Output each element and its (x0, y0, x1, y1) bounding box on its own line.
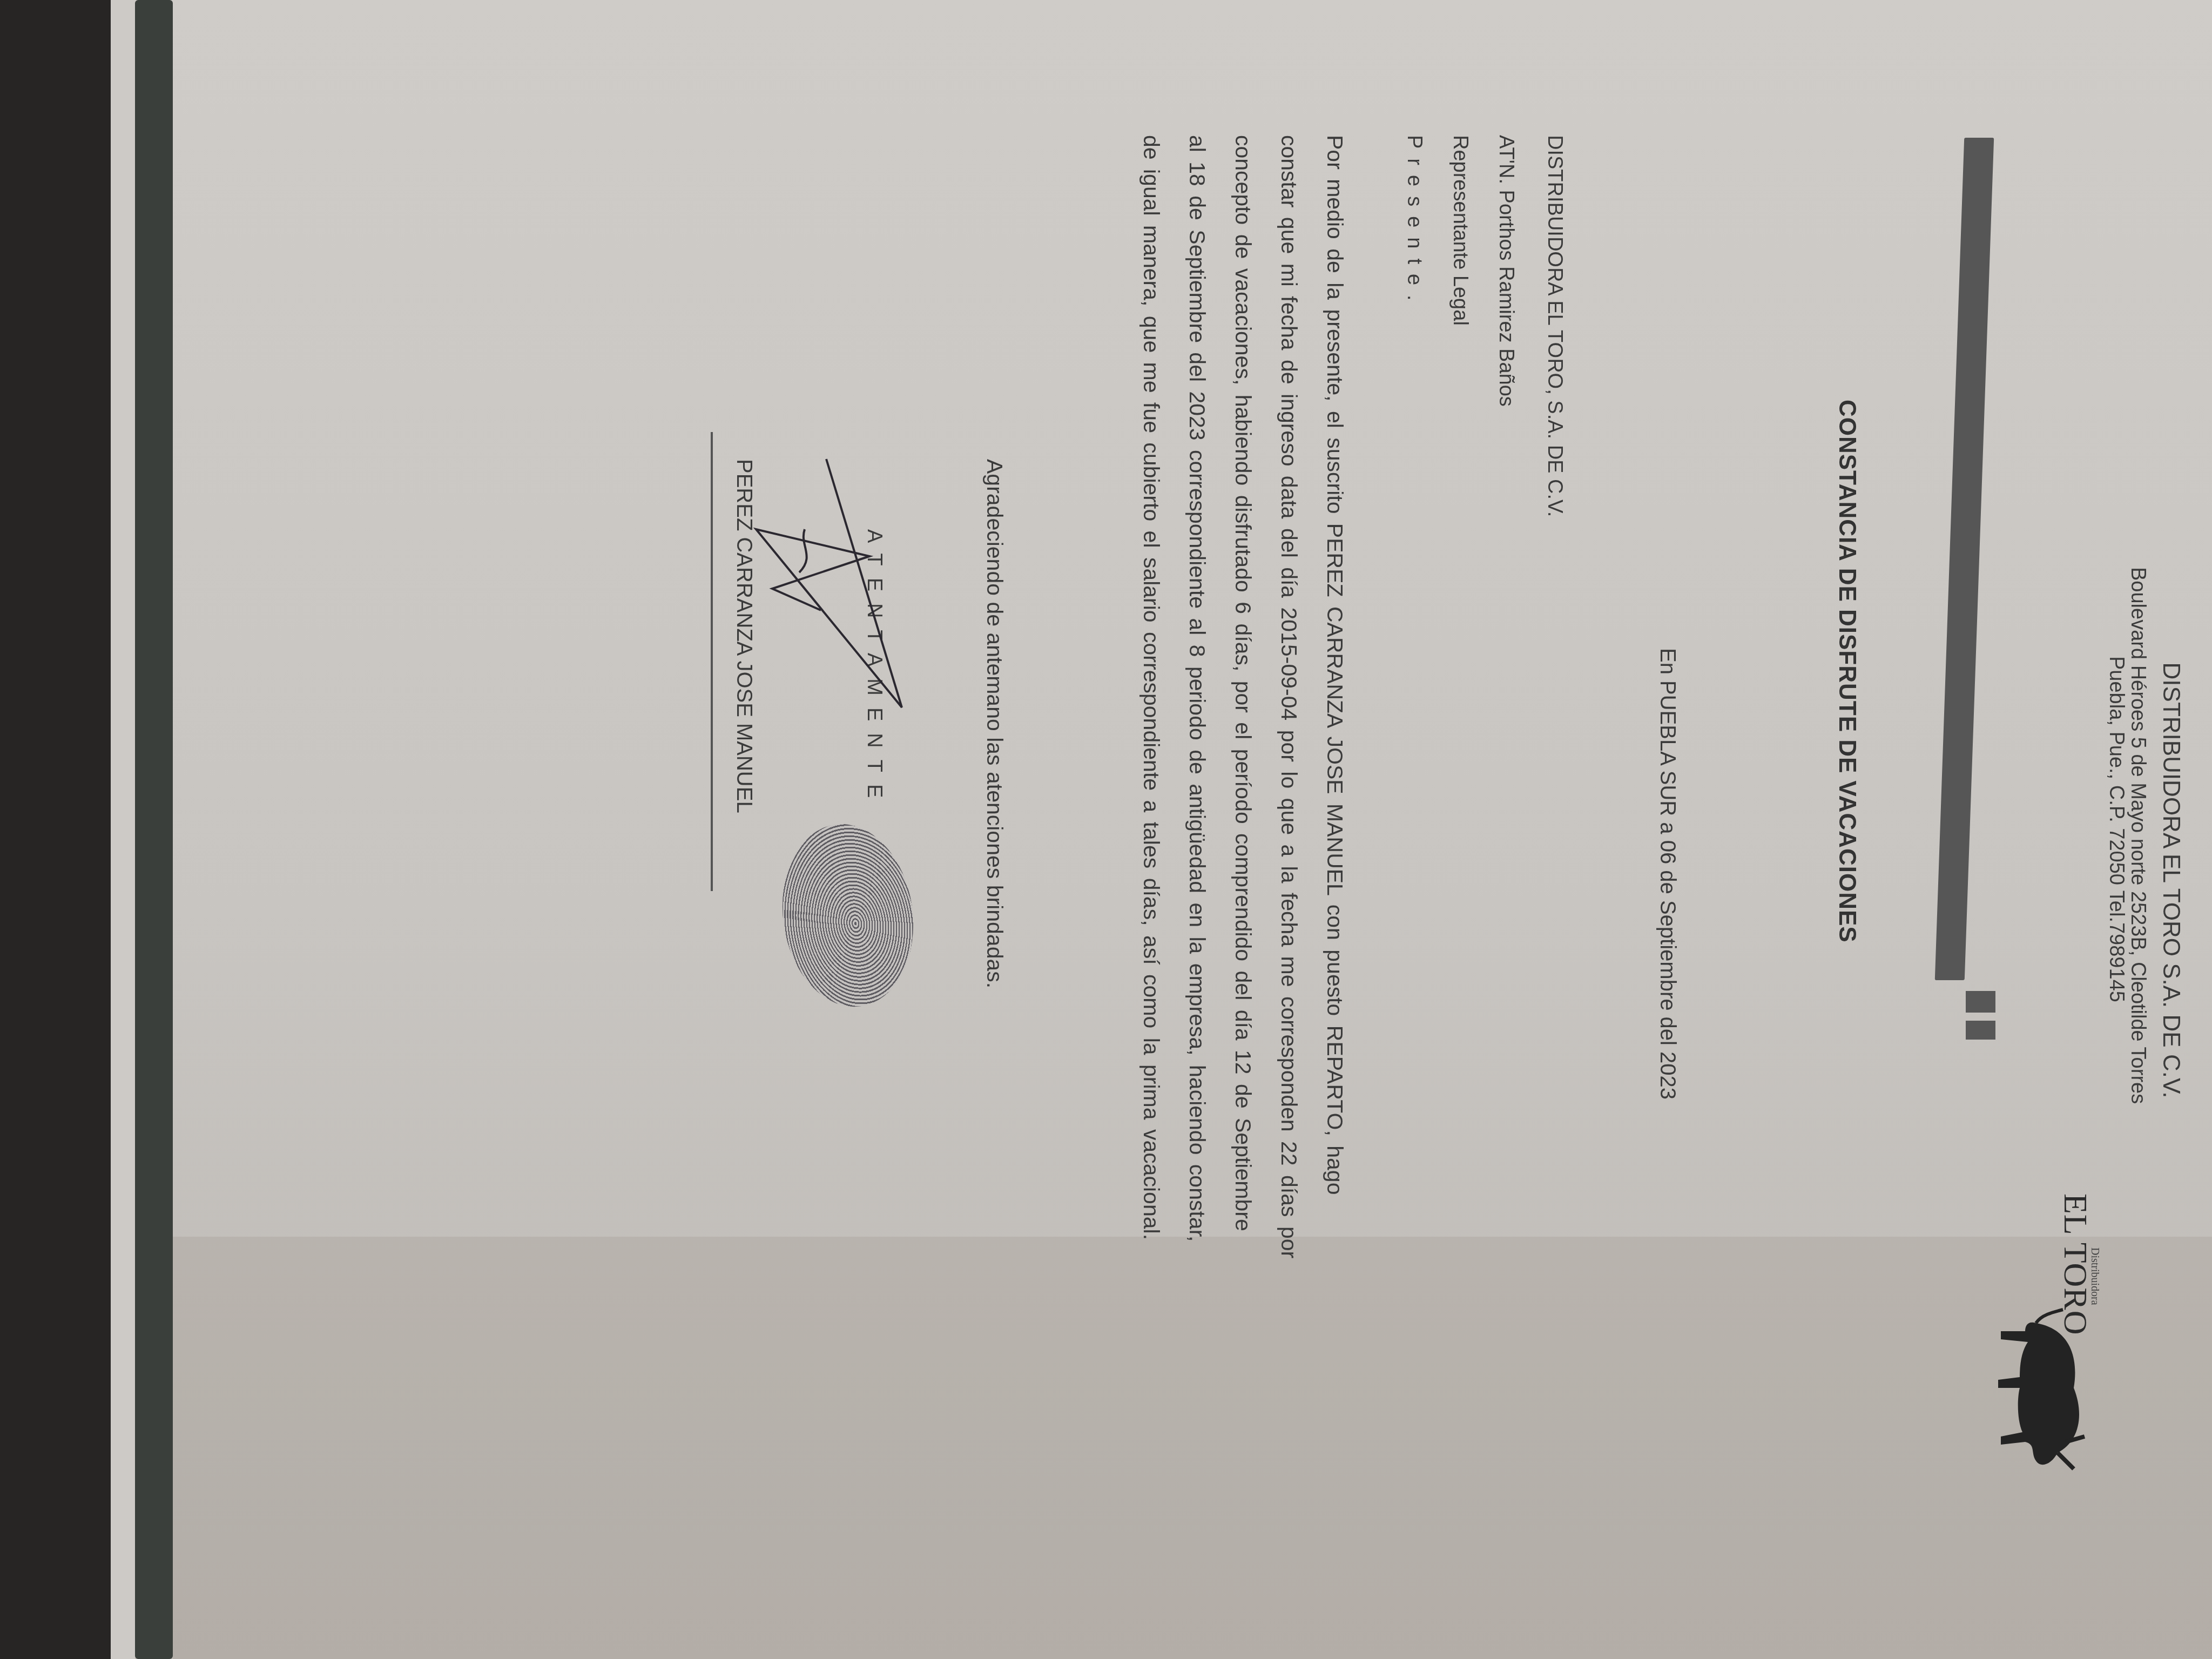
body-line: al 18 de Septiembre del 2023 correspondi… (1184, 135, 1210, 1242)
signer-name: PEREZ CARRANZA JOSE MANUEL (732, 459, 756, 813)
company-logo: Distribuidora EL TORO (1923, 1188, 2101, 1491)
date-line: En PUEBLA SUR a 06 de Septiembre del 202… (1655, 648, 1680, 1100)
body-line: constar que mi fecha de ingreso data del… (1276, 135, 1301, 1258)
letterhead-address: Puebla, Pue., C.P. 72050 Tel.7989145 (2105, 656, 2128, 1002)
recipient-company: DISTRIBUIDORA EL TORO, S.A. DE C.V. (1543, 135, 1566, 517)
letterhead-address: Boulevard Héroes 5 de Mayo norte 2523B, … (2126, 567, 2149, 1104)
bull-icon (1987, 1307, 2117, 1480)
document-title: CONSTANCIA DE DISFRUTE DE VACACIONES (1833, 400, 1860, 943)
recipient-greeting: Presente. (1402, 135, 1426, 311)
signature-line (711, 432, 713, 891)
body-line: concepto de vacaciones, habiendo disfrut… (1230, 135, 1256, 1231)
photo-scene: DISTRIBUIDORA EL TORO S.A. DE C.V. Boule… (0, 0, 2212, 1659)
body-line: de igual manera, que me fue cubierto el … (1138, 135, 1164, 1240)
letter-document: DISTRIBUIDORA EL TORO S.A. DE C.V. Boule… (86, 108, 2193, 1566)
body-line: Por medio de la presente, el suscrito PE… (1322, 135, 1347, 1195)
recipient-role: Representante Legal (1448, 135, 1472, 326)
recipient-attention: AT'N. Porthos Ramirez Baños (1494, 135, 1518, 407)
handwritten-signature (740, 448, 934, 718)
letterhead-company: DISTRIBUIDORA EL TORO S.A. DE C.V. (2157, 583, 2184, 1177)
fingerprint-mark (771, 815, 925, 1015)
closing-line: Agradeciendo de antemano las atenciones … (982, 459, 1007, 988)
